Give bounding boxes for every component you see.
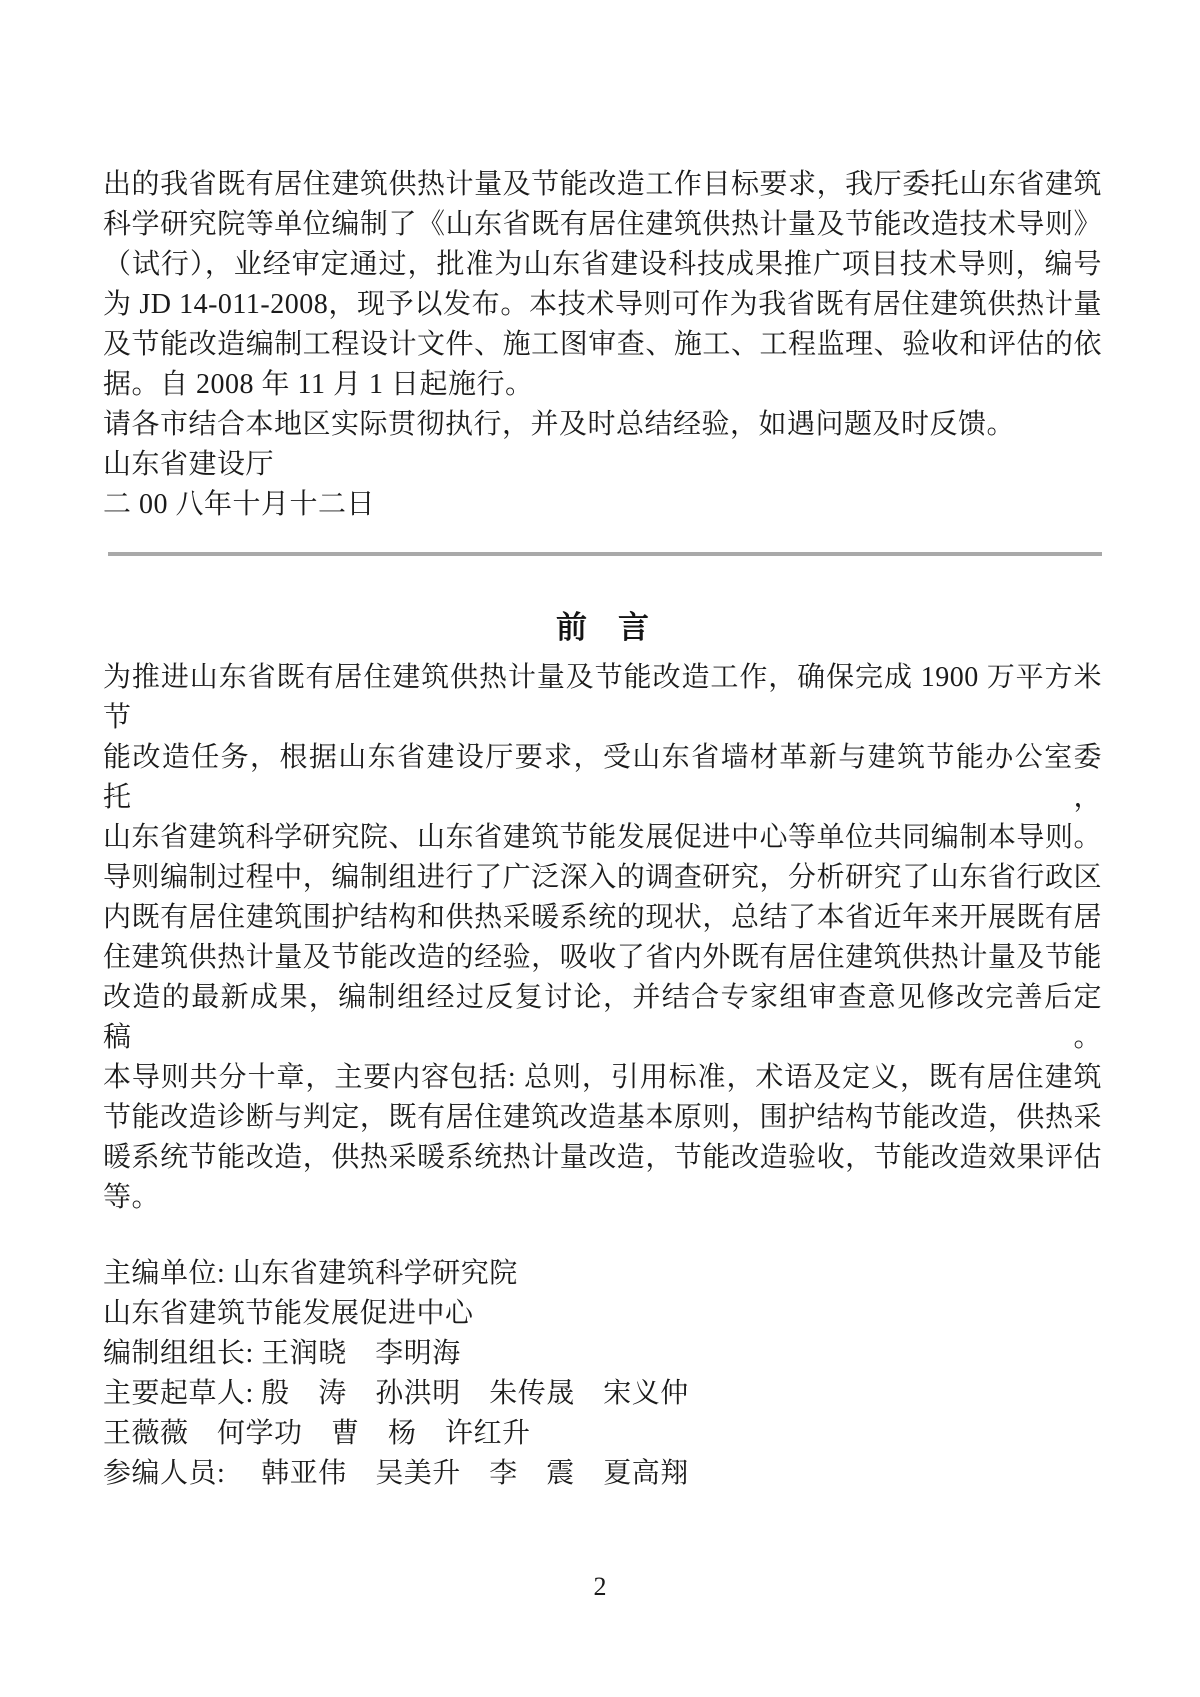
main-drafters-line-2: 王薇薇 何学功 曹 杨 许红升: [103, 1414, 1102, 1454]
preface-line: 能改造任务，根据山东省建设厅要求，受山东省墙材革新与建筑节能办公室委托，: [103, 738, 1102, 818]
notice-line: 为 JD 14-011-2008，现予以发布。本技术导则可作为我省既有居住建筑供…: [103, 285, 1102, 325]
notice-line: 科学研究院等单位编制了《山东省既有居住建筑供热计量及节能改造技术导则》: [103, 205, 1102, 245]
document-page: 出的我省既有居住建筑供热计量及节能改造工作目标要求，我厅委托山东省建筑 科学研究…: [0, 0, 1200, 1697]
notice-line: （试行），业经审定通过，批准为山东省建设科技成果推广项目技术导则，编号: [103, 245, 1102, 285]
approval-notice-section: 出的我省既有居住建筑供热计量及节能改造工作目标要求，我厅委托山东省建筑 科学研究…: [103, 165, 1102, 525]
group-leaders-line: 编制组组长: 王润晓 李明海: [103, 1334, 1102, 1374]
page-number: 2: [0, 1572, 1200, 1602]
participants-line: 参编人员: 韩亚伟 吴美升 李 震 夏高翔: [103, 1454, 1102, 1494]
preface-title: 前 言: [103, 606, 1102, 650]
preface-line: 为推进山东省既有居住建筑供热计量及节能改造工作，确保完成 1900 万平方米节: [103, 658, 1102, 738]
notice-line: 请各市结合本地区实际贯彻执行，并及时总结经验，如遇问题及时反馈。: [103, 405, 1102, 445]
preface-line: 节能改造诊断与判定，既有居住建筑改造基本原则，围护结构节能改造，供热采: [103, 1098, 1102, 1138]
chief-editor-unit-line: 主编单位: 山东省建筑科学研究院: [103, 1254, 1102, 1294]
issue-date-line: 二 00 八年十月十二日: [103, 485, 1102, 525]
main-drafters-line: 主要起草人: 殷 涛 孙洪明 朱传晟 宋义仲: [103, 1374, 1102, 1414]
issuer-line: 山东省建设厅: [103, 445, 1102, 485]
section-divider: [108, 552, 1102, 556]
preface-line: 本导则共分十章，主要内容包括: 总则，引用标准，术语及定义，既有居住建筑: [103, 1058, 1102, 1098]
preface-line: 住建筑供热计量及节能改造的经验，吸收了省内外既有居住建筑供热计量及节能: [103, 938, 1102, 978]
preface-line: 内既有居住建筑围护结构和供热采暖系统的现状，总结了本省近年来开展既有居: [103, 898, 1102, 938]
preface-section: 为推进山东省既有居住建筑供热计量及节能改造工作，确保完成 1900 万平方米节 …: [103, 658, 1102, 1218]
notice-line: 出的我省既有居住建筑供热计量及节能改造工作目标要求，我厅委托山东省建筑: [103, 165, 1102, 205]
notice-line: 及节能改造编制工程设计文件、施工图审查、施工、工程监理、验收和评估的依: [103, 325, 1102, 365]
preface-line: 等。: [103, 1178, 1102, 1218]
preface-line: 导则编制过程中，编制组进行了广泛深入的调查研究，分析研究了山东省行政区: [103, 858, 1102, 898]
credits-section: 主编单位: 山东省建筑科学研究院 山东省建筑节能发展促进中心 编制组组长: 王润…: [103, 1254, 1102, 1494]
notice-line: 据。自 2008 年 11 月 1 日起施行。: [103, 365, 1102, 405]
preface-line: 改造的最新成果，编制组经过反复讨论，并结合专家组审查意见修改完善后定稿。: [103, 978, 1102, 1058]
preface-line: 暖系统节能改造，供热采暖系统热计量改造，节能改造验收，节能改造效果评估: [103, 1138, 1102, 1178]
co-editor-unit-line: 山东省建筑节能发展促进中心: [103, 1294, 1102, 1334]
preface-line: 山东省建筑科学研究院、山东省建筑节能发展促进中心等单位共同编制本导则。: [103, 818, 1102, 858]
